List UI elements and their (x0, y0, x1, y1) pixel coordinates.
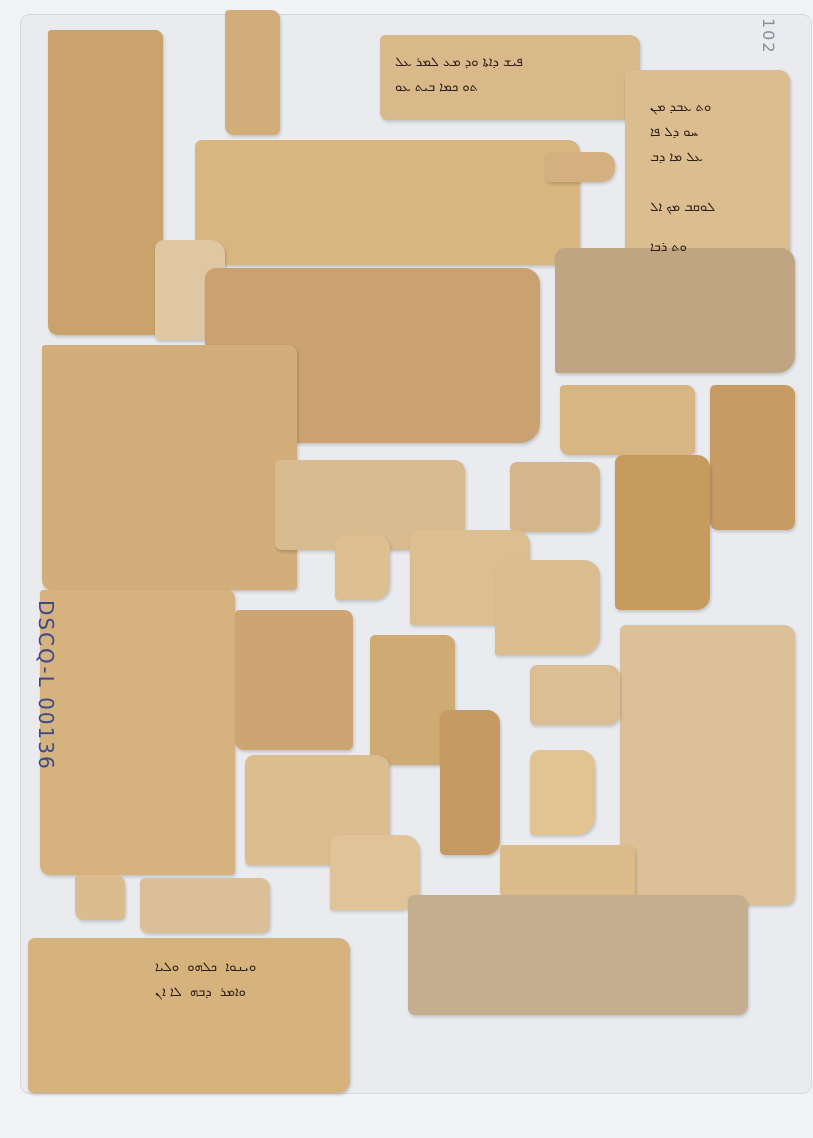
manuscript-fragment (330, 835, 420, 910)
manuscript-fragment (195, 140, 580, 265)
manuscript-fragment (560, 385, 695, 455)
manuscript-fragment (42, 345, 297, 590)
script-line: ܚܘ ܕܠ ܦܐ (650, 125, 698, 141)
manuscript-fragment (48, 30, 163, 335)
manuscript-fragment (555, 248, 795, 373)
manuscript-fragment (620, 625, 795, 905)
collection-label: DSCQ-L 00136 (34, 600, 58, 771)
manuscript-fragment (380, 35, 640, 120)
manuscript-fragment (500, 845, 635, 900)
manuscript-fragment (545, 152, 615, 182)
script-line: ܠܘܩܒ ܡܟ ܐܠ (650, 200, 715, 216)
script-line: ܘܬ ܥܒܕ ܡܢ (650, 100, 711, 116)
manuscript-fragment (40, 590, 235, 875)
manuscript-fragment (225, 10, 280, 135)
manuscript-fragment (75, 875, 125, 920)
manuscript-fragment (510, 462, 600, 532)
manuscript-fragment (530, 750, 595, 835)
script-line: ܬܘ ܟܡܐ ܒܝܬ ܥܘ (395, 80, 478, 96)
manuscript-fragment (440, 710, 500, 855)
manuscript-fragment (140, 878, 270, 933)
corner-number: 102 (759, 18, 778, 55)
manuscript-fragment (495, 560, 600, 655)
manuscript-fragment (710, 385, 795, 530)
manuscript-fragment (235, 610, 353, 750)
script-line: ܥܠ ܡܐ ܕܒ (650, 150, 703, 166)
manuscript-fragment (615, 455, 710, 610)
script-line: ܘܐܡܪ ܕܒܗ ܠܐ ܐܢ (155, 985, 246, 1001)
manuscript-fragment (408, 895, 748, 1015)
script-line: ܦܝܫ ܕܐܬܐ ܘܕ ܡܥ ܠܡܪ ܥܠ (395, 55, 523, 71)
script-line: ܘܬ ܪܒܐ (650, 240, 687, 256)
manuscript-fragment (530, 665, 620, 725)
script-line: ܘܝܢܘܐ ܟܠܗܘ ܘܠܝܐ (155, 960, 256, 976)
manuscript-fragment (335, 535, 390, 600)
